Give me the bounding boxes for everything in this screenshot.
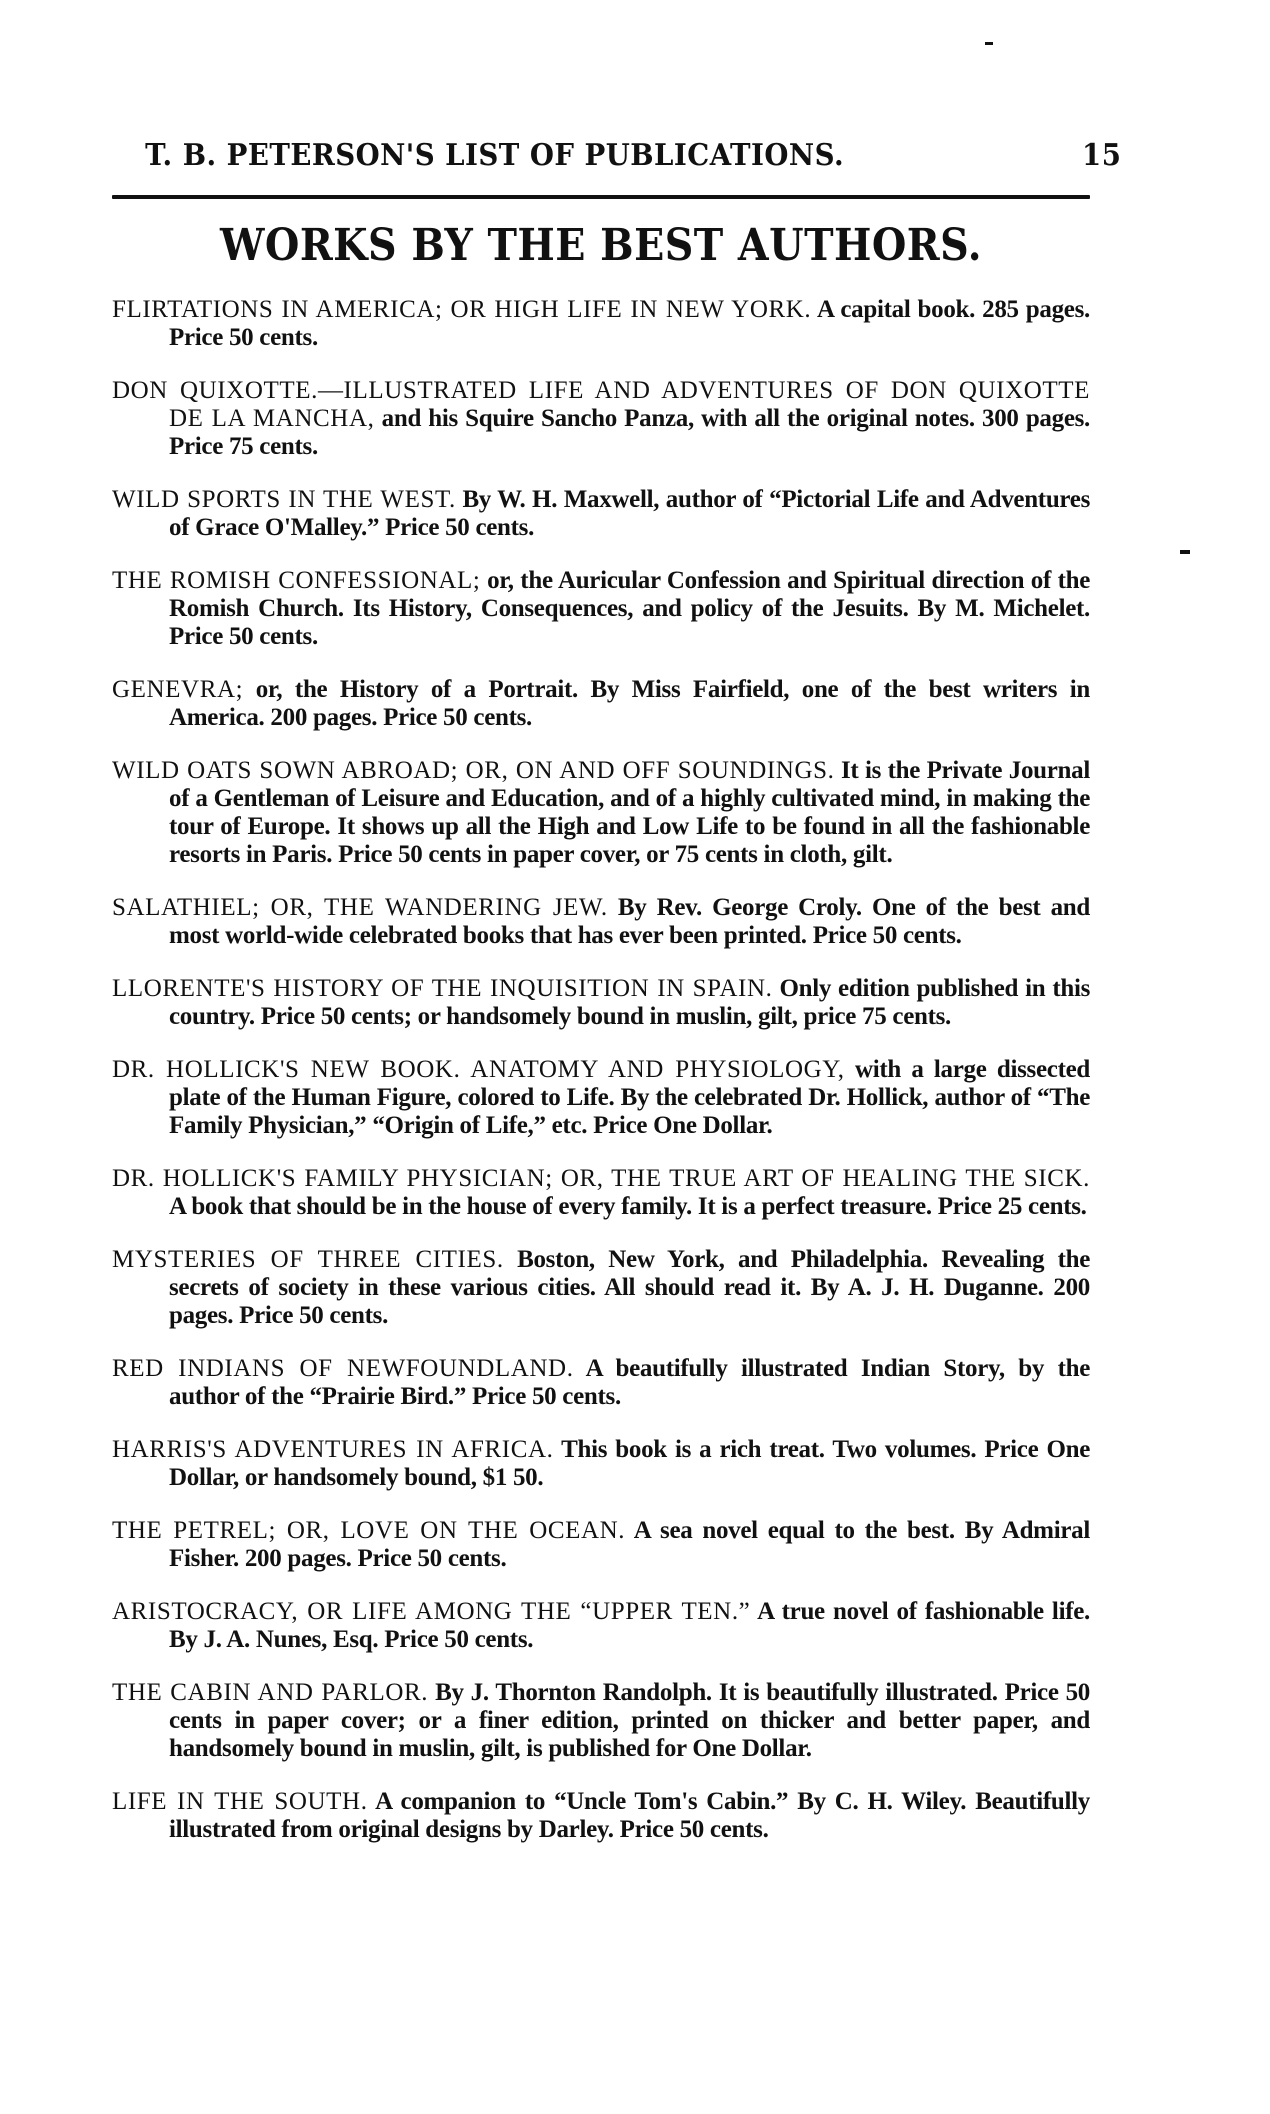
list-item: SALATHIEL; OR, THE WANDERING JEW. By Rev… — [112, 894, 1090, 950]
list-item: MYSTERIES OF THREE CITIES. Boston, New Y… — [112, 1246, 1090, 1330]
list-item: FLIRTATIONS IN AMERICA; OR HIGH LIFE IN … — [112, 296, 1090, 352]
stray-mark-top — [985, 42, 993, 45]
catalog-page: T. B. PETERSON'S LIST OF PUBLICATIONS. 1… — [112, 138, 1090, 1853]
entry-title: WILD OATS SOWN ABROAD; OR, ON AND OFF SO… — [112, 757, 834, 784]
list-item: DR. HOLLICK'S FAMILY PHYSICIAN; OR, THE … — [112, 1165, 1090, 1221]
entry-title: WILD SPORTS IN THE WEST. — [112, 486, 456, 513]
entry-title: SALATHIEL; OR, THE WANDERING JEW. — [112, 894, 608, 921]
entry-title: THE PETREL; OR, LOVE ON THE OCEAN. — [112, 1517, 625, 1544]
header-rule — [112, 195, 1090, 199]
list-item: LLORENTE'S HISTORY OF THE INQUISITION IN… — [112, 975, 1090, 1031]
list-item: DR. HOLLICK'S NEW BOOK. ANATOMY AND PHYS… — [112, 1056, 1090, 1140]
list-item: WILD OATS SOWN ABROAD; OR, ON AND OFF SO… — [112, 757, 1090, 869]
running-title: T. B. PETERSON'S LIST OF PUBLICATIONS. — [145, 138, 844, 173]
entry-title: HARRIS'S ADVENTURES IN AFRICA. — [112, 1436, 554, 1463]
entry-title: RED INDIANS OF NEWFOUNDLAND. — [112, 1355, 574, 1382]
list-item: DON QUIXOTTE.—ILLUSTRATED LIFE AND ADVEN… — [112, 377, 1090, 461]
entry-title: DR. HOLLICK'S NEW BOOK. ANATOMY AND PHYS… — [112, 1056, 845, 1083]
list-item: THE PETREL; OR, LOVE ON THE OCEAN. A sea… — [112, 1517, 1090, 1573]
entry-title: THE ROMISH CONFESSIONAL; — [112, 567, 480, 594]
running-head: T. B. PETERSON'S LIST OF PUBLICATIONS. 1… — [112, 138, 1121, 173]
entry-title: MYSTERIES OF THREE CITIES. — [112, 1246, 504, 1273]
stray-mark-margin — [1180, 550, 1190, 554]
section-title: WORKS BY THE BEST AUTHORS. — [161, 221, 1041, 271]
page-number: 15 — [1082, 138, 1121, 173]
list-item: ARISTOCRACY, OR LIFE AMONG THE “UPPER TE… — [112, 1598, 1090, 1654]
list-item: THE ROMISH CONFESSIONAL; or, the Auricul… — [112, 567, 1090, 651]
entry-title: FLIRTATIONS IN AMERICA; OR HIGH LIFE IN … — [112, 296, 811, 323]
entry-description: A book that should be in the house of ev… — [169, 1193, 1087, 1220]
list-item: RED INDIANS OF NEWFOUNDLAND. A beautiful… — [112, 1355, 1090, 1411]
entry-description: or, the History of a Portrait. By Miss F… — [169, 676, 1090, 731]
list-item: LIFE IN THE SOUTH. A companion to “Uncle… — [112, 1788, 1090, 1844]
list-item: HARRIS'S ADVENTURES IN AFRICA. This book… — [112, 1436, 1090, 1492]
entry-title: GENEVRA; — [112, 676, 243, 703]
publication-list: FLIRTATIONS IN AMERICA; OR HIGH LIFE IN … — [112, 296, 1090, 1844]
list-item: WILD SPORTS IN THE WEST. By W. H. Maxwel… — [112, 486, 1090, 542]
entry-title: THE CABIN AND PARLOR. — [112, 1679, 428, 1706]
list-item: THE CABIN AND PARLOR. By J. Thornton Ran… — [112, 1679, 1090, 1763]
entry-title: LIFE IN THE SOUTH. — [112, 1788, 368, 1815]
entry-title: DR. HOLLICK'S FAMILY PHYSICIAN; OR, THE … — [112, 1165, 1090, 1192]
entry-title: LLORENTE'S HISTORY OF THE INQUISITION IN… — [112, 975, 772, 1002]
list-item: GENEVRA; or, the History of a Portrait. … — [112, 676, 1090, 732]
entry-title: ARISTOCRACY, OR LIFE AMONG THE “UPPER TE… — [112, 1598, 750, 1625]
